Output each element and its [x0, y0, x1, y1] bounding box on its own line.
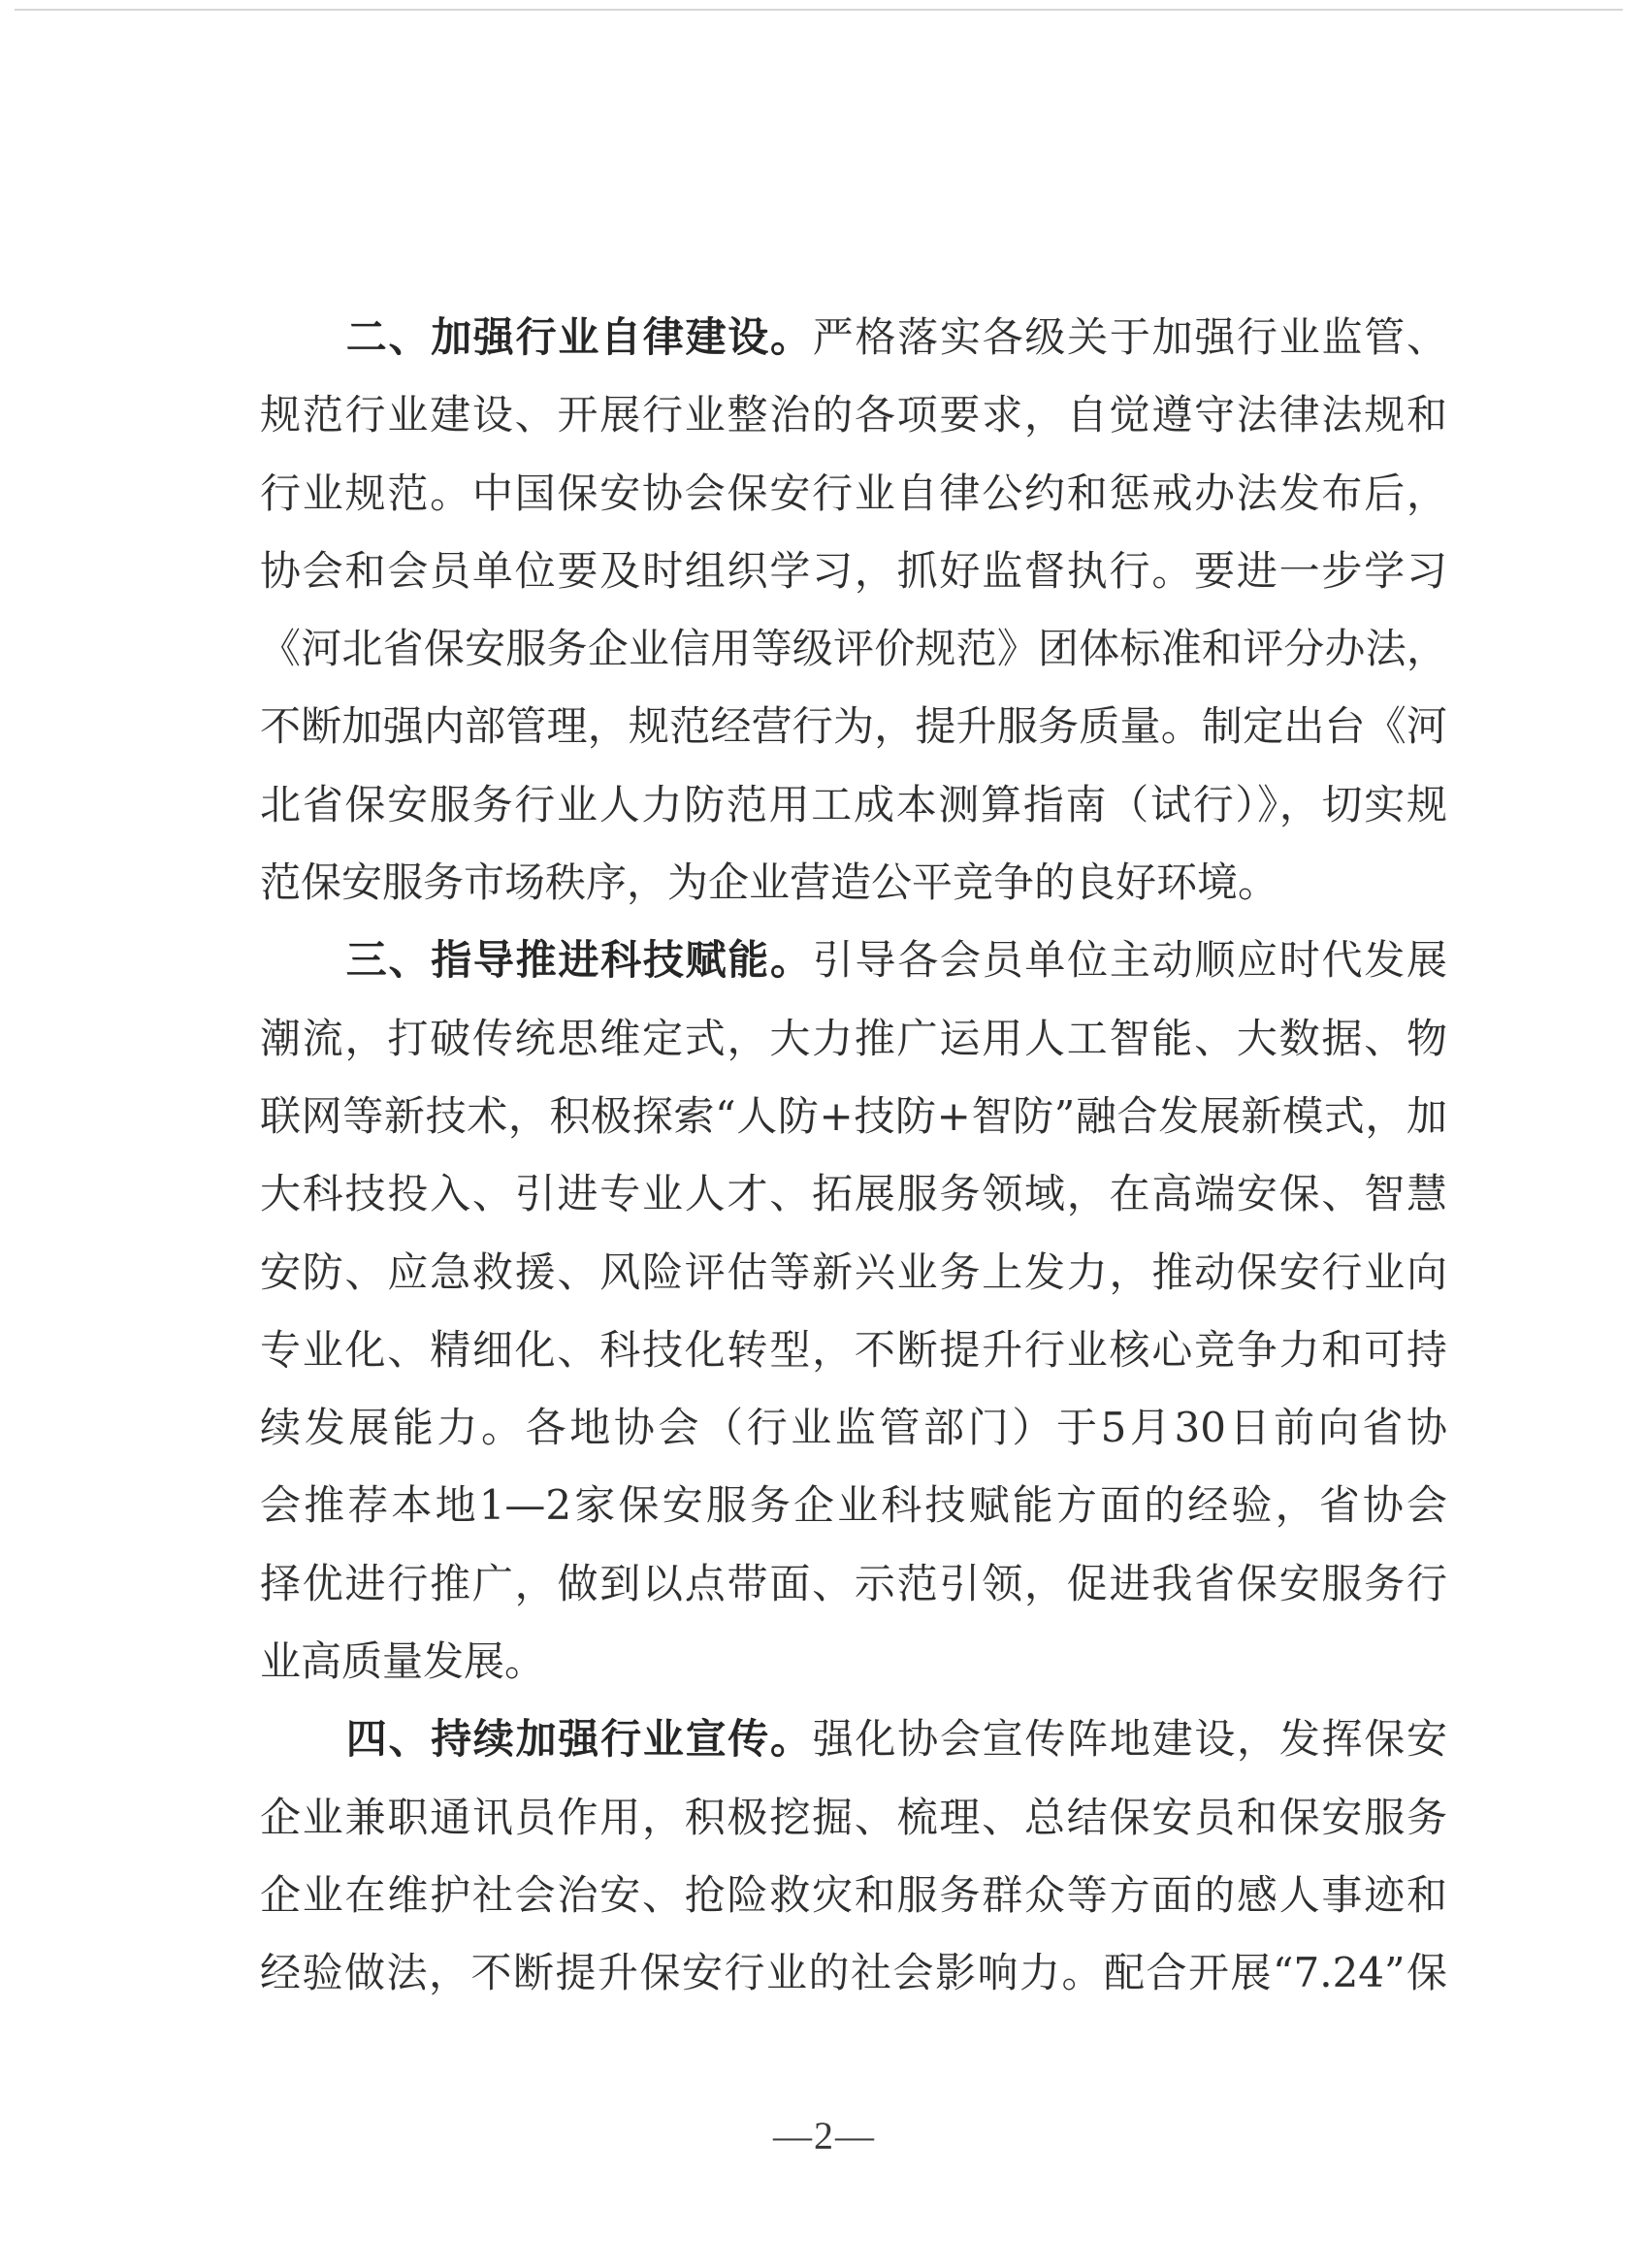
paragraph-line: 大科技投入、引进专业人才、拓展服务领域，在高端安保、智慧	[260, 1169, 1447, 1247]
paragraph-line: 行业规范。中国保安协会保安行业自律公约和惩戒办法发布后，	[260, 469, 1447, 546]
paragraph-line: 企业兼职通讯员作用，积极挖掘、梳理、总结保安员和保安服务	[260, 1793, 1447, 1870]
scan-edge-line	[15, 9, 1623, 11]
paragraph-line: 续发展能力。各地协会（行业监管部门）于5月30日前向省协	[260, 1403, 1447, 1480]
section-self-discipline: 二、加强行业自律建设。严格落实各级关于加强行业监管、 规范行业建设、开展行业整治…	[260, 312, 1447, 935]
paragraph-line: 联网等新技术，积极探索“人防+技防+智防”融合发展新模式，加	[260, 1091, 1447, 1169]
paragraph-line: 不断加强内部管理，规范经营行为，提升服务质量。制定出台《河	[260, 701, 1447, 779]
paragraph-line: 四、持续加强行业宣传。强化协会宣传阵地建设，发挥保安	[260, 1714, 1447, 1792]
paragraph-line: 三、指导推进科技赋能。引导各会员单位主动顺应时代发展	[260, 935, 1447, 1013]
section-heading: 三、指导推进科技赋能。	[344, 936, 813, 984]
paragraph-line: 企业在维护社会治安、抢险救灾和服务群众等方面的感人事迹和	[260, 1870, 1447, 1948]
document-body: 二、加强行业自律建设。严格落实各级关于加强行业监管、 规范行业建设、开展行业整治…	[260, 312, 1447, 2026]
paragraph-line: 会推荐本地1—2家保安服务企业科技赋能方面的经验，省协会	[260, 1480, 1447, 1558]
section-heading: 四、持续加强行业宣传。	[344, 1715, 813, 1763]
paragraph-line: 北省保安服务行业人力防范用工成本测算指南（试行）》，切实规	[260, 780, 1447, 858]
paragraph-line: 安防、应急救援、风险评估等新兴业务上发力，推动保安行业向	[260, 1247, 1447, 1325]
paragraph-line: 经验做法，不断提升保安行业的社会影响力。配合开展“7.24”保	[260, 1948, 1447, 2025]
paragraph-line: 业高质量发展。	[260, 1636, 1447, 1714]
paragraph-line: 范保安服务市场秩序，为企业营造公平竞争的良好环境。	[260, 858, 1447, 935]
section-heading: 二、加强行业自律建设。	[344, 313, 813, 361]
paragraph-line: 规范行业建设、开展行业整治的各项要求，自觉遵守法律法规和	[260, 390, 1447, 468]
section-tech-empowerment: 三、指导推进科技赋能。引导各会员单位主动顺应时代发展 潮流，打破传统思维定式，大…	[260, 935, 1447, 1714]
page-number: —2—	[0, 2113, 1649, 2158]
paragraph-line: 协会和会员单位要及时组织学习，抓好监督执行。要进一步学习	[260, 546, 1447, 624]
paragraph-line: 二、加强行业自律建设。严格落实各级关于加强行业监管、	[260, 312, 1447, 390]
section-publicity: 四、持续加强行业宣传。强化协会宣传阵地建设，发挥保安 企业兼职通讯员作用，积极挖…	[260, 1714, 1447, 2025]
paragraph-line: 潮流，打破传统思维定式，大力推广运用人工智能、大数据、物	[260, 1014, 1447, 1091]
paragraph-line: 择优进行推广，做到以点带面、示范引领，促进我省保安服务行	[260, 1559, 1447, 1636]
paragraph-line: 专业化、精细化、科技化转型，不断提升行业核心竞争力和可持	[260, 1325, 1447, 1403]
paragraph-line: 《河北省保安服务企业信用等级评价规范》团体标准和评分办法，	[260, 624, 1447, 701]
